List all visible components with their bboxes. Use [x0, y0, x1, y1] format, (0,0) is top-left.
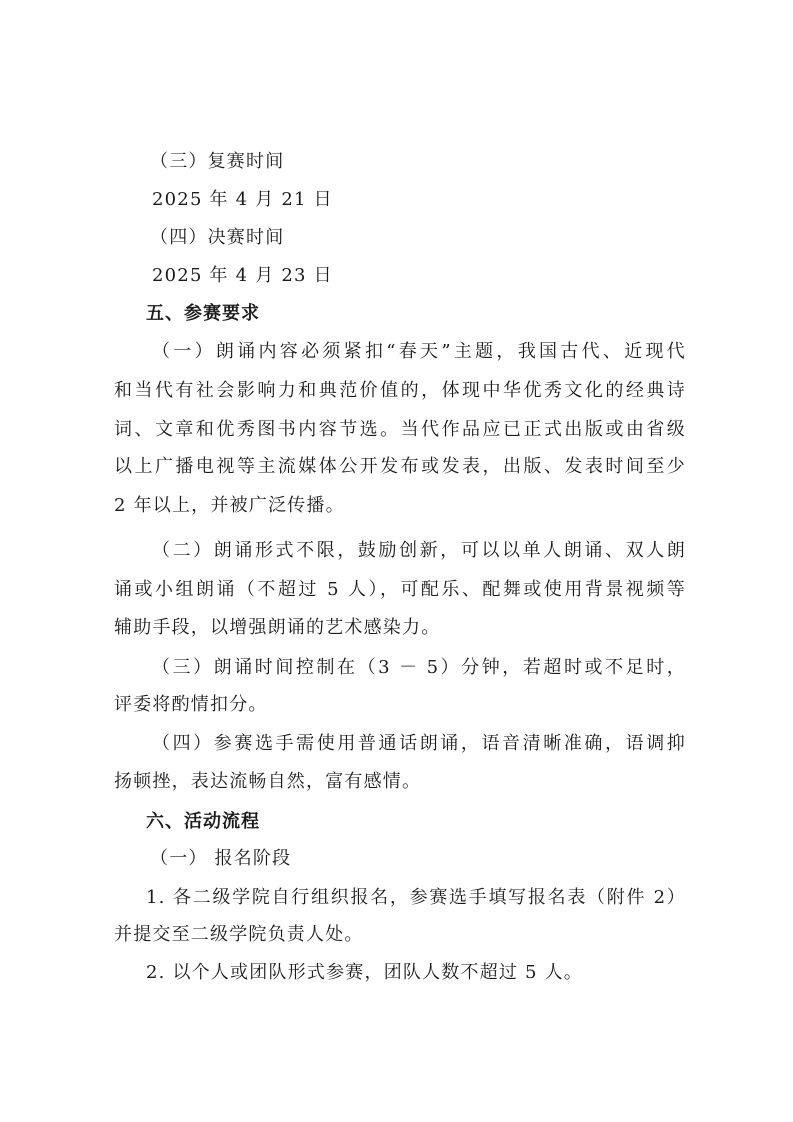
subsection-title: （四）决赛时间 — [150, 226, 284, 250]
paragraph-line: （二）朗诵形式不限，鼓励创新，可以以单人朗诵、双人朗 — [152, 539, 686, 563]
paragraph-line: 辅助手段，以增强朗诵的艺术感染力。 — [114, 616, 440, 640]
section-heading: 五、参赛要求 — [146, 302, 260, 326]
date-text: 2025 年 4 月 23 日 — [152, 264, 333, 288]
paragraph-line: 以上广播电视等主流媒体公开发布或发表，出版、发表时间至少 — [114, 455, 686, 479]
paragraph-line: 并提交至二级学院负责人处。 — [114, 923, 364, 947]
paragraph-line: （一）朗诵内容必须紧扣“春天”主题，我国古代、近现代 — [152, 340, 686, 364]
document-page: （三）复赛时间 2025 年 4 月 21 日 （四）决赛时间 2025 年 4… — [0, 0, 793, 1122]
paragraph-line: （四）参赛选手需使用普通话朗诵，语音清晰准确，语调抑 — [152, 732, 686, 756]
date-text: 2025 年 4 月 21 日 — [152, 188, 333, 212]
paragraph-line: 扬顿挫，表达流畅自然，富有感情。 — [114, 770, 421, 794]
subsection-title: （一） 报名阶段 — [150, 847, 291, 871]
section-heading: 六、活动流程 — [146, 810, 260, 834]
paragraph-line: 诵或小组朗诵（不超过 5 人），可配乐、配舞或使用背景视频等 — [114, 578, 686, 602]
paragraph-line: 评委将酌情扣分。 — [114, 693, 268, 717]
paragraph-line: 1. 各二级学院自行组织报名，参赛选手填写报名表（附件 2） — [146, 886, 686, 910]
paragraph-line: 2 年以上，并被广泛传播。 — [114, 494, 345, 518]
subsection-title: （三）复赛时间 — [150, 150, 284, 174]
paragraph-line: （三）朗诵时间控制在（3 － 5）分钟，若超时或不足时， — [152, 656, 686, 680]
paragraph-line: 和当代有社会影响力和典范价值的，体现中华优秀文化的经典诗 — [114, 379, 686, 403]
paragraph-line: 词、文章和优秀图书内容节选。当代作品应已正式出版或由省级 — [114, 418, 686, 442]
paragraph-line: 2. 以个人或团队形式参赛，团队人数不超过 5 人。 — [146, 961, 583, 985]
